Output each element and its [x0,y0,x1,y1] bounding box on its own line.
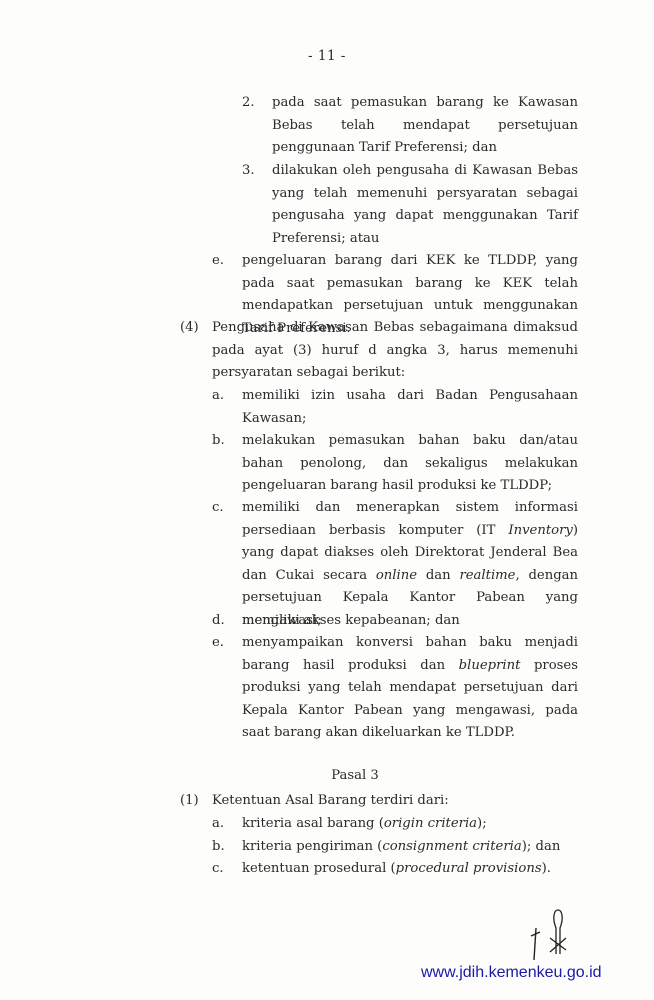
item-label: a. [212,385,224,408]
item-label: d. [212,610,225,633]
item-label: 3. [242,160,255,183]
item-label: a. [212,813,224,836]
item-text: Pengusaha di Kawasan Bebas sebagaimana d… [212,317,578,385]
list-item: c. memiliki dan menerapkan sistem inform… [0,497,654,612]
item-text: ketentuan prosedural (procedural provisi… [242,858,578,881]
item-label: b. [212,430,225,453]
item-label: (1) [180,790,199,813]
list-item: c. ketentuan prosedural (procedural prov… [0,858,654,882]
emphasis: procedural provisions [396,861,542,876]
section-title: Pasal 3 [0,768,654,783]
list-item: a. memiliki izin usaha dari Badan Pengus… [0,385,654,431]
item-label: e. [212,632,224,655]
list-item: d. memiliki akses kepabeanan; dan [0,610,654,634]
emphasis: online [376,568,417,583]
item-text: kriteria pengiriman (consignment criteri… [242,836,578,859]
item-label: e. [212,250,224,273]
list-item: e. pengeluaran barang dari KEK ke TLDDP,… [0,250,654,320]
list-item: a. kriteria asal barang (origin criteria… [0,813,654,837]
list-item: b. melakukan pemasukan bahan baku dan/at… [0,430,654,500]
item-text: memiliki akses kepabeanan; dan [242,610,578,633]
item-label: c. [212,858,224,881]
item-text: melakukan pemasukan bahan baku dan/atau … [242,430,578,498]
item-label: b. [212,836,225,859]
item-label: 2. [242,92,255,115]
item-text: memiliki izin usaha dari Badan Pengusaha… [242,385,578,430]
list-item: (1) Ketentuan Asal Barang terdiri dari: [0,790,654,814]
item-text: kriteria asal barang (origin criteria); [242,813,578,836]
list-item: b. kriteria pengiriman (consignment crit… [0,836,654,860]
emphasis: blueprint [459,658,521,673]
list-item: e. menyampaikan konversi bahan baku menj… [0,632,654,747]
emphasis: Inventory [508,523,572,538]
list-item: 3. dilakukan oleh pengusaha di Kawasan B… [0,160,654,252]
item-text: dilakukan oleh pengusaha di Kawasan Beba… [272,160,578,250]
item-label: (4) [180,317,199,340]
item-text: menyampaikan konversi bahan baku menjadi… [242,632,578,745]
item-text: pada saat pemasukan barang ke Kawasan Be… [272,92,578,160]
emphasis: origin criteria [384,816,477,831]
emphasis: realtime [459,568,515,583]
list-item: 2. pada saat pemasukan barang ke Kawasan… [0,92,654,162]
item-label: c. [212,497,224,520]
website-link[interactable]: www.jdih.kemenkeu.go.id [421,964,602,982]
list-item: (4) Pengusaha di Kawasan Bebas sebagaima… [0,317,654,387]
emphasis: consignment criteria [382,839,521,854]
page-number: - 11 - [0,48,654,64]
signature-initials-icon [526,908,576,967]
item-text: Ketentuan Asal Barang terdiri dari: [212,790,578,813]
